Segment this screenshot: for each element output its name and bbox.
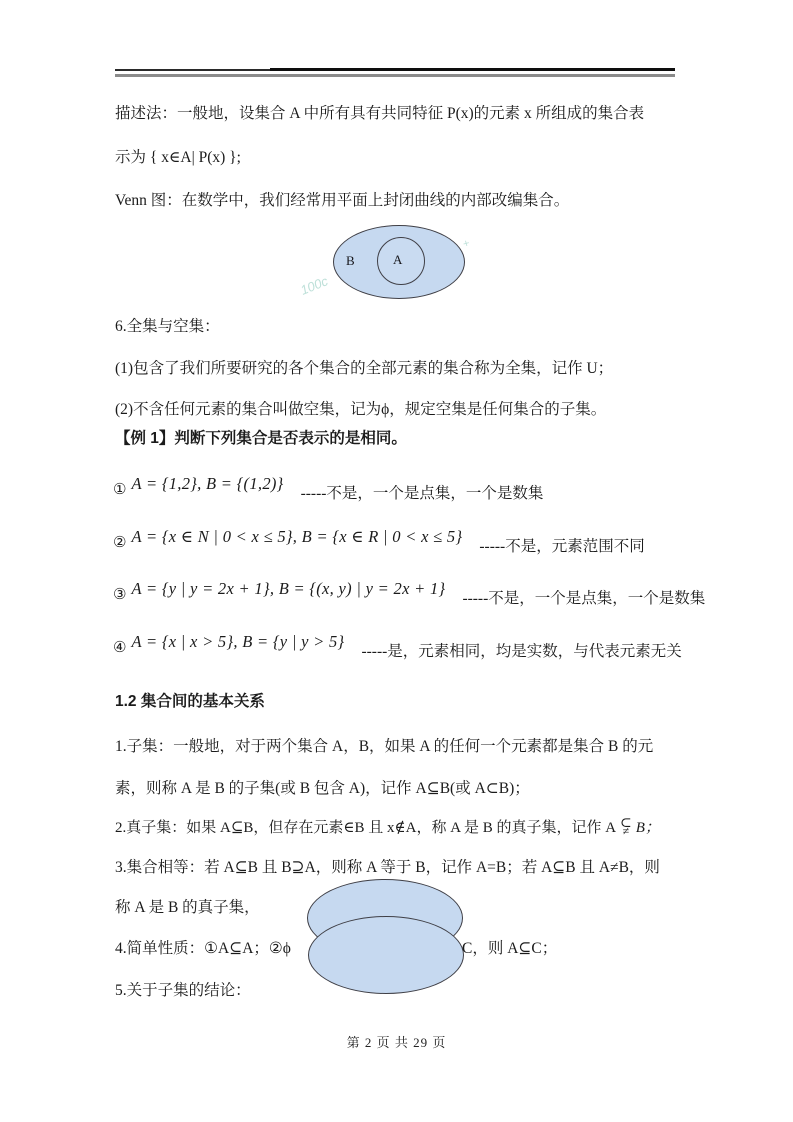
subset-def-line1: 1.子集：一般地，对于两个集合 A，B，如果 A 的任何一个元素都是集合 B 的…: [115, 737, 653, 757]
example-answer: -----是，元素相同，均是实数，与代表元素无关: [361, 639, 681, 661]
subset-def-line2: 素，则称 A 是 B 的子集(或 B 包含 A)，记作 A⊆B(或 A⊂B)；: [115, 779, 530, 799]
example-item-1: ① A = {1,2}, B = {(1,2)} -----不是，一个是点集，一…: [113, 474, 543, 503]
example-answer: -----不是，一个是点集，一个是数集: [462, 586, 705, 608]
venn-inner-label: A: [393, 252, 402, 268]
circled-number: ③: [113, 585, 126, 604]
section12-title: 1.2 集合间的基本关系: [115, 692, 265, 712]
circled-number: ④: [113, 638, 126, 657]
paragraph-description-method-line1: 描述法：一般地，设集合 A 中所有具有共同特征 P(x)的元素 x 所组成的集合…: [115, 104, 644, 124]
section6-title: 6.全集与空集：: [115, 317, 220, 337]
header-rule-shadow: [115, 74, 675, 77]
example-item-4: ④ A = {x | x > 5}, B = {y | y > 5} -----…: [113, 632, 682, 661]
paragraph-venn-intro: Venn 图：在数学中，我们经常用平面上封闭曲线的内部改编集合。: [115, 191, 569, 211]
document-page: 描述法：一般地，设集合 A 中所有具有共同特征 P(x)的元素 x 所组成的集合…: [0, 0, 793, 1122]
example-answer: -----不是，一个是点集，一个是数集: [301, 481, 544, 503]
venn-outer-label: B: [346, 253, 355, 269]
set-equality-line2: 称 A 是 B 的真子集，: [115, 898, 260, 918]
proper-subset-text-after: B；: [636, 820, 660, 836]
paragraph-description-method-line2: 示为 { x∈A| P(x) };: [115, 148, 241, 168]
example-item-3: ③ A = {y | y = 2x + 1}, B = {(x, y) | y …: [113, 579, 705, 608]
example-answer: -----不是，元素范围不同: [479, 534, 644, 556]
example1-title: 【例 1】判断下列集合是否表示的是相同。: [115, 429, 407, 449]
header-rule-left: [115, 69, 271, 71]
proper-subset-def: 2.真子集：如果 A⊆B，但存在元素∈B 且 x∉A，称 A 是 B 的真子集，…: [115, 819, 660, 840]
example-formula: A = {x ∈ N | 0 < x ≤ 5}, B = {x ∈ R | 0 …: [131, 527, 462, 547]
simple-properties-left: 4.简单性质：①A⊆A；②ϕ: [115, 939, 291, 959]
section6-item1: (1)包含了我们所要研究的各个集合的全部元素的集合称为全集，记作 U；: [115, 359, 613, 379]
page-number-footer: 第 2 页 共 29 页: [0, 1032, 793, 1051]
example-formula: A = {x | x > 5}, B = {y | y > 5}: [131, 632, 344, 652]
simple-properties-right: C，则 A⊆C；: [462, 939, 557, 959]
watermark-fragment: 100c: [298, 273, 330, 297]
section6-item2: (2)不含任何元素的集合叫做空集，记为ϕ，规定空集是任何集合的子集。: [115, 400, 606, 420]
circled-number: ①: [113, 480, 126, 499]
proper-subset-text-before: 2.真子集：如果 A⊆B，但存在元素∈B 且 x∉A，称 A 是 B 的真子集，…: [115, 820, 616, 836]
circled-number: ②: [113, 533, 126, 552]
watermark-fragment: +: [462, 237, 471, 250]
example-item-2: ② A = {x ∈ N | 0 < x ≤ 5}, B = {x ∈ R | …: [113, 527, 645, 556]
proper-subset-symbol: ⊂≠: [620, 818, 632, 835]
ellipse-bottom: [308, 916, 464, 994]
set-equality-line1: 3.集合相等：若 A⊆B 且 B⊇A，则称 A 等于 B，记作 A=B；若 A⊆…: [115, 858, 660, 878]
subset-conclusions-title: 5.关于子集的结论：: [115, 981, 251, 1001]
header-rule-right: [270, 68, 675, 71]
example-formula: A = {y | y = 2x + 1}, B = {(x, y) | y = …: [131, 579, 445, 599]
example-formula: A = {1,2}, B = {(1,2)}: [131, 474, 283, 494]
